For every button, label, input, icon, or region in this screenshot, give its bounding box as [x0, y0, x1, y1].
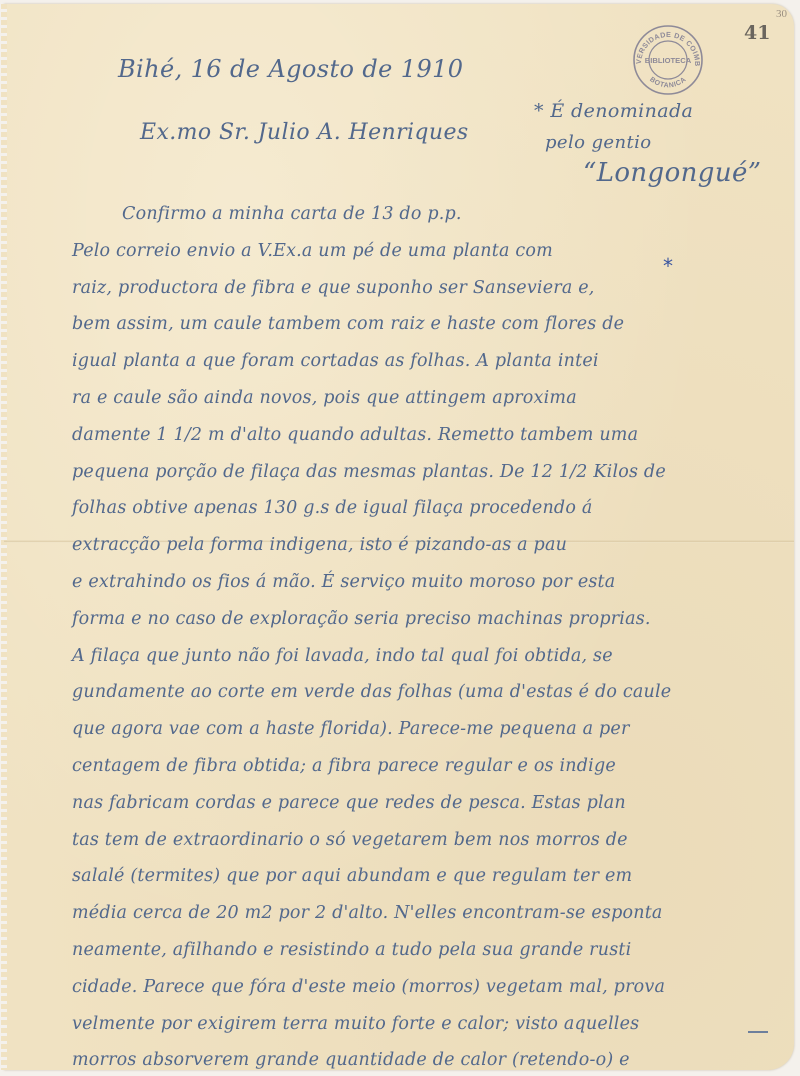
- body-line: média cerca de 20 m2 por 2 d'alto. N'ell…: [72, 895, 792, 932]
- body-line: tas tem de extraordinario o só vegetarem…: [72, 822, 792, 859]
- body-line: forma e no caso de exploração seria prec…: [72, 601, 792, 638]
- pencil-archive-number: 30: [776, 8, 787, 20]
- body-line: extracção pela forma indigena, isto é pi…: [72, 527, 792, 564]
- letter-body: Confirmo a minha carta de 13 do p.p. Pel…: [72, 196, 792, 1076]
- body-line: cidade. Parece que fóra d'este meio (mor…: [72, 969, 792, 1006]
- body-line: pequena porção de filaça das mesmas plan…: [72, 454, 792, 491]
- body-line: centagem de fibra obtida; a fibra parece…: [72, 748, 792, 785]
- body-line: A filaça que junto não foi lavada, indo …: [72, 638, 792, 675]
- body-line: damente 1 1/2 m d'alto quando adultas. R…: [72, 417, 792, 454]
- body-line: e extrahindo os fios á mão. É serviço mu…: [72, 564, 792, 601]
- letter-salutation: Ex.mo Sr. Julio A. Henriques: [140, 120, 469, 145]
- body-line: folhas obtive apenas 130 g.s de igual fi…: [72, 490, 792, 527]
- stamp-center-text: BIBLIOTECA: [645, 56, 692, 65]
- body-line: salalé (termites) que por aqui abundam e…: [72, 858, 792, 895]
- body-line: que agora vae com a haste florida). Pare…: [72, 711, 792, 748]
- letter-dateline: Bihé, 16 de Agosto de 1910: [118, 55, 463, 83]
- body-line: ra e caule são ainda novos, pois que att…: [72, 380, 792, 417]
- body-line: raiz, productora de fibra e que suponho …: [72, 270, 792, 307]
- body-line: igual planta a que foram cortadas as fol…: [72, 343, 792, 380]
- marginal-note-line-2: pelo gentio: [545, 132, 652, 153]
- body-line: neamente, afilhando e resistindo a tudo …: [72, 932, 792, 969]
- body-line: Pelo correio envio a V.Ex.a um pé de uma…: [72, 233, 792, 270]
- continuation-dash: [748, 1031, 768, 1033]
- svg-text:BOTANICA: BOTANICA: [648, 76, 688, 89]
- library-stamp-icon: UNIVERSIDADE DE COIMBRA BIBLIOTECA BOTAN…: [632, 24, 704, 96]
- stamp-bottom-text: BOTANICA: [648, 76, 688, 89]
- body-line: Confirmo a minha carta de 13 do p.p.: [72, 196, 792, 233]
- body-line: bem assim, um caule tambem com raiz e ha…: [72, 306, 792, 343]
- folio-number: 41: [744, 22, 770, 44]
- body-line: velmente por exigirem terra muito forte …: [72, 1006, 792, 1043]
- body-line: morros absorverem grande quantidade de c…: [72, 1042, 792, 1076]
- marginal-note-line-1: * É denominada: [534, 100, 693, 122]
- body-line: gundamente ao corte em verde das folhas …: [72, 674, 792, 711]
- marginal-note-line-3: “Longongué”: [583, 158, 761, 188]
- body-line: nas fabricam cordas e parece que redes d…: [72, 785, 792, 822]
